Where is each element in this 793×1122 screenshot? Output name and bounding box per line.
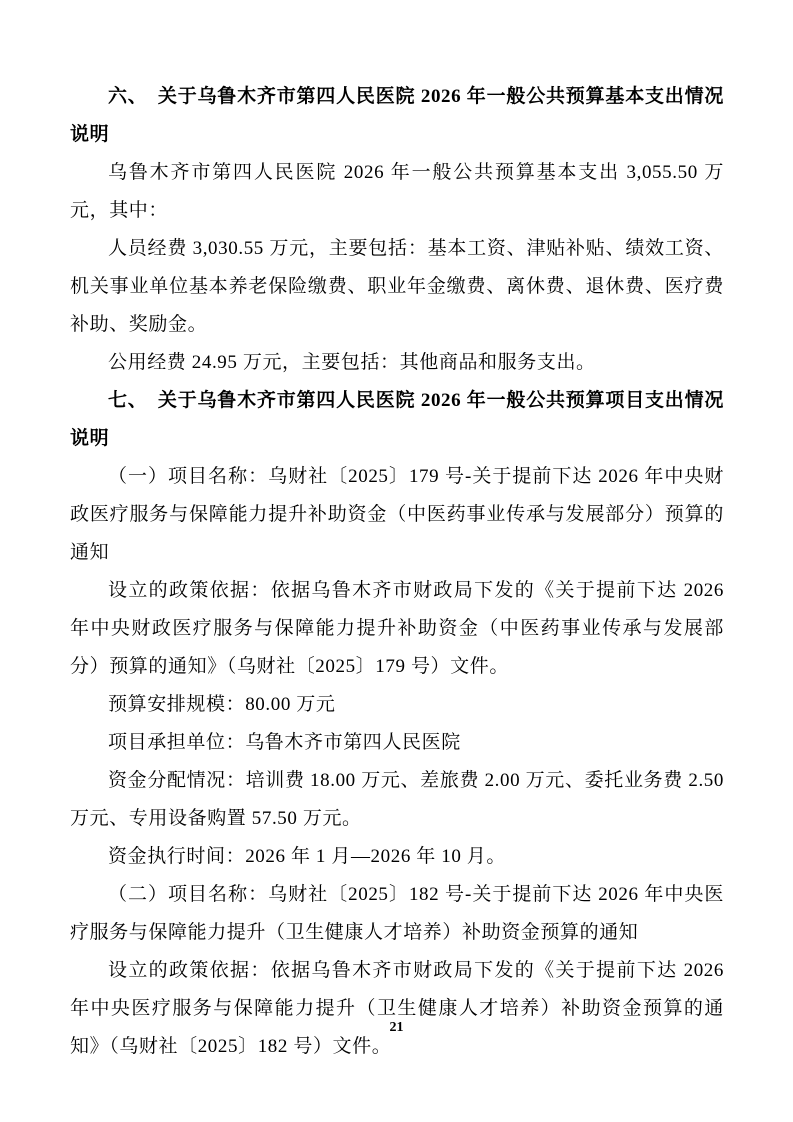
section-7-project-1-fund-allocation: 资金分配情况：培训费 18.00 万元、差旅费 2.00 万元、委托业务费 2.… (70, 762, 724, 838)
section-6-paragraph-personnel-funds: 人员经费 3,030.55 万元，主要包括：基本工资、津贴补贴、绩效工资、机关事… (70, 230, 724, 344)
section-6-paragraph-basic-expenditure-total: 乌鲁木齐市第四人民医院 2026 年一般公共预算基本支出 3,055.50 万元… (70, 154, 724, 230)
section-7-project-1-undertaking-unit: 项目承担单位：乌鲁木齐市第四人民医院 (70, 724, 724, 762)
section-7-project-2-name: （二）项目名称：乌财社〔2025〕182 号-关于提前下达 2026 年中央医疗… (70, 876, 724, 952)
section-6-paragraph-public-funds: 公用经费 24.95 万元，主要包括：其他商品和服务支出。 (70, 344, 724, 382)
section-7-project-1-budget-scale: 预算安排规模：80.00 万元 (70, 686, 724, 724)
section-7-project-1-name: （一）项目名称：乌财社〔2025〕179 号-关于提前下达 2026 年中央财政… (70, 458, 724, 572)
document-body: 六、 关于乌鲁木齐市第四人民医院 2026 年一般公共预算基本支出情况说明 乌鲁… (70, 78, 724, 1066)
section-7-project-2-policy-basis: 设立的政策依据：依据乌鲁木齐市财政局下发的《关于提前下达 2026 年中央医疗服… (70, 952, 724, 1066)
section-7-project-1-execution-time: 资金执行时间：2026 年 1 月—2026 年 10 月。 (70, 838, 724, 876)
section-7-heading: 七、 关于乌鲁木齐市第四人民医院 2026 年一般公共预算项目支出情况说明 (70, 382, 724, 458)
section-6-heading: 六、 关于乌鲁木齐市第四人民医院 2026 年一般公共预算基本支出情况说明 (70, 78, 724, 154)
document-page: 六、 关于乌鲁木齐市第四人民医院 2026 年一般公共预算基本支出情况说明 乌鲁… (0, 0, 793, 1122)
section-7-project-1-policy-basis: 设立的政策依据：依据乌鲁木齐市财政局下发的《关于提前下达 2026 年中央财政医… (70, 572, 724, 686)
page-number: 21 (0, 1020, 793, 1036)
